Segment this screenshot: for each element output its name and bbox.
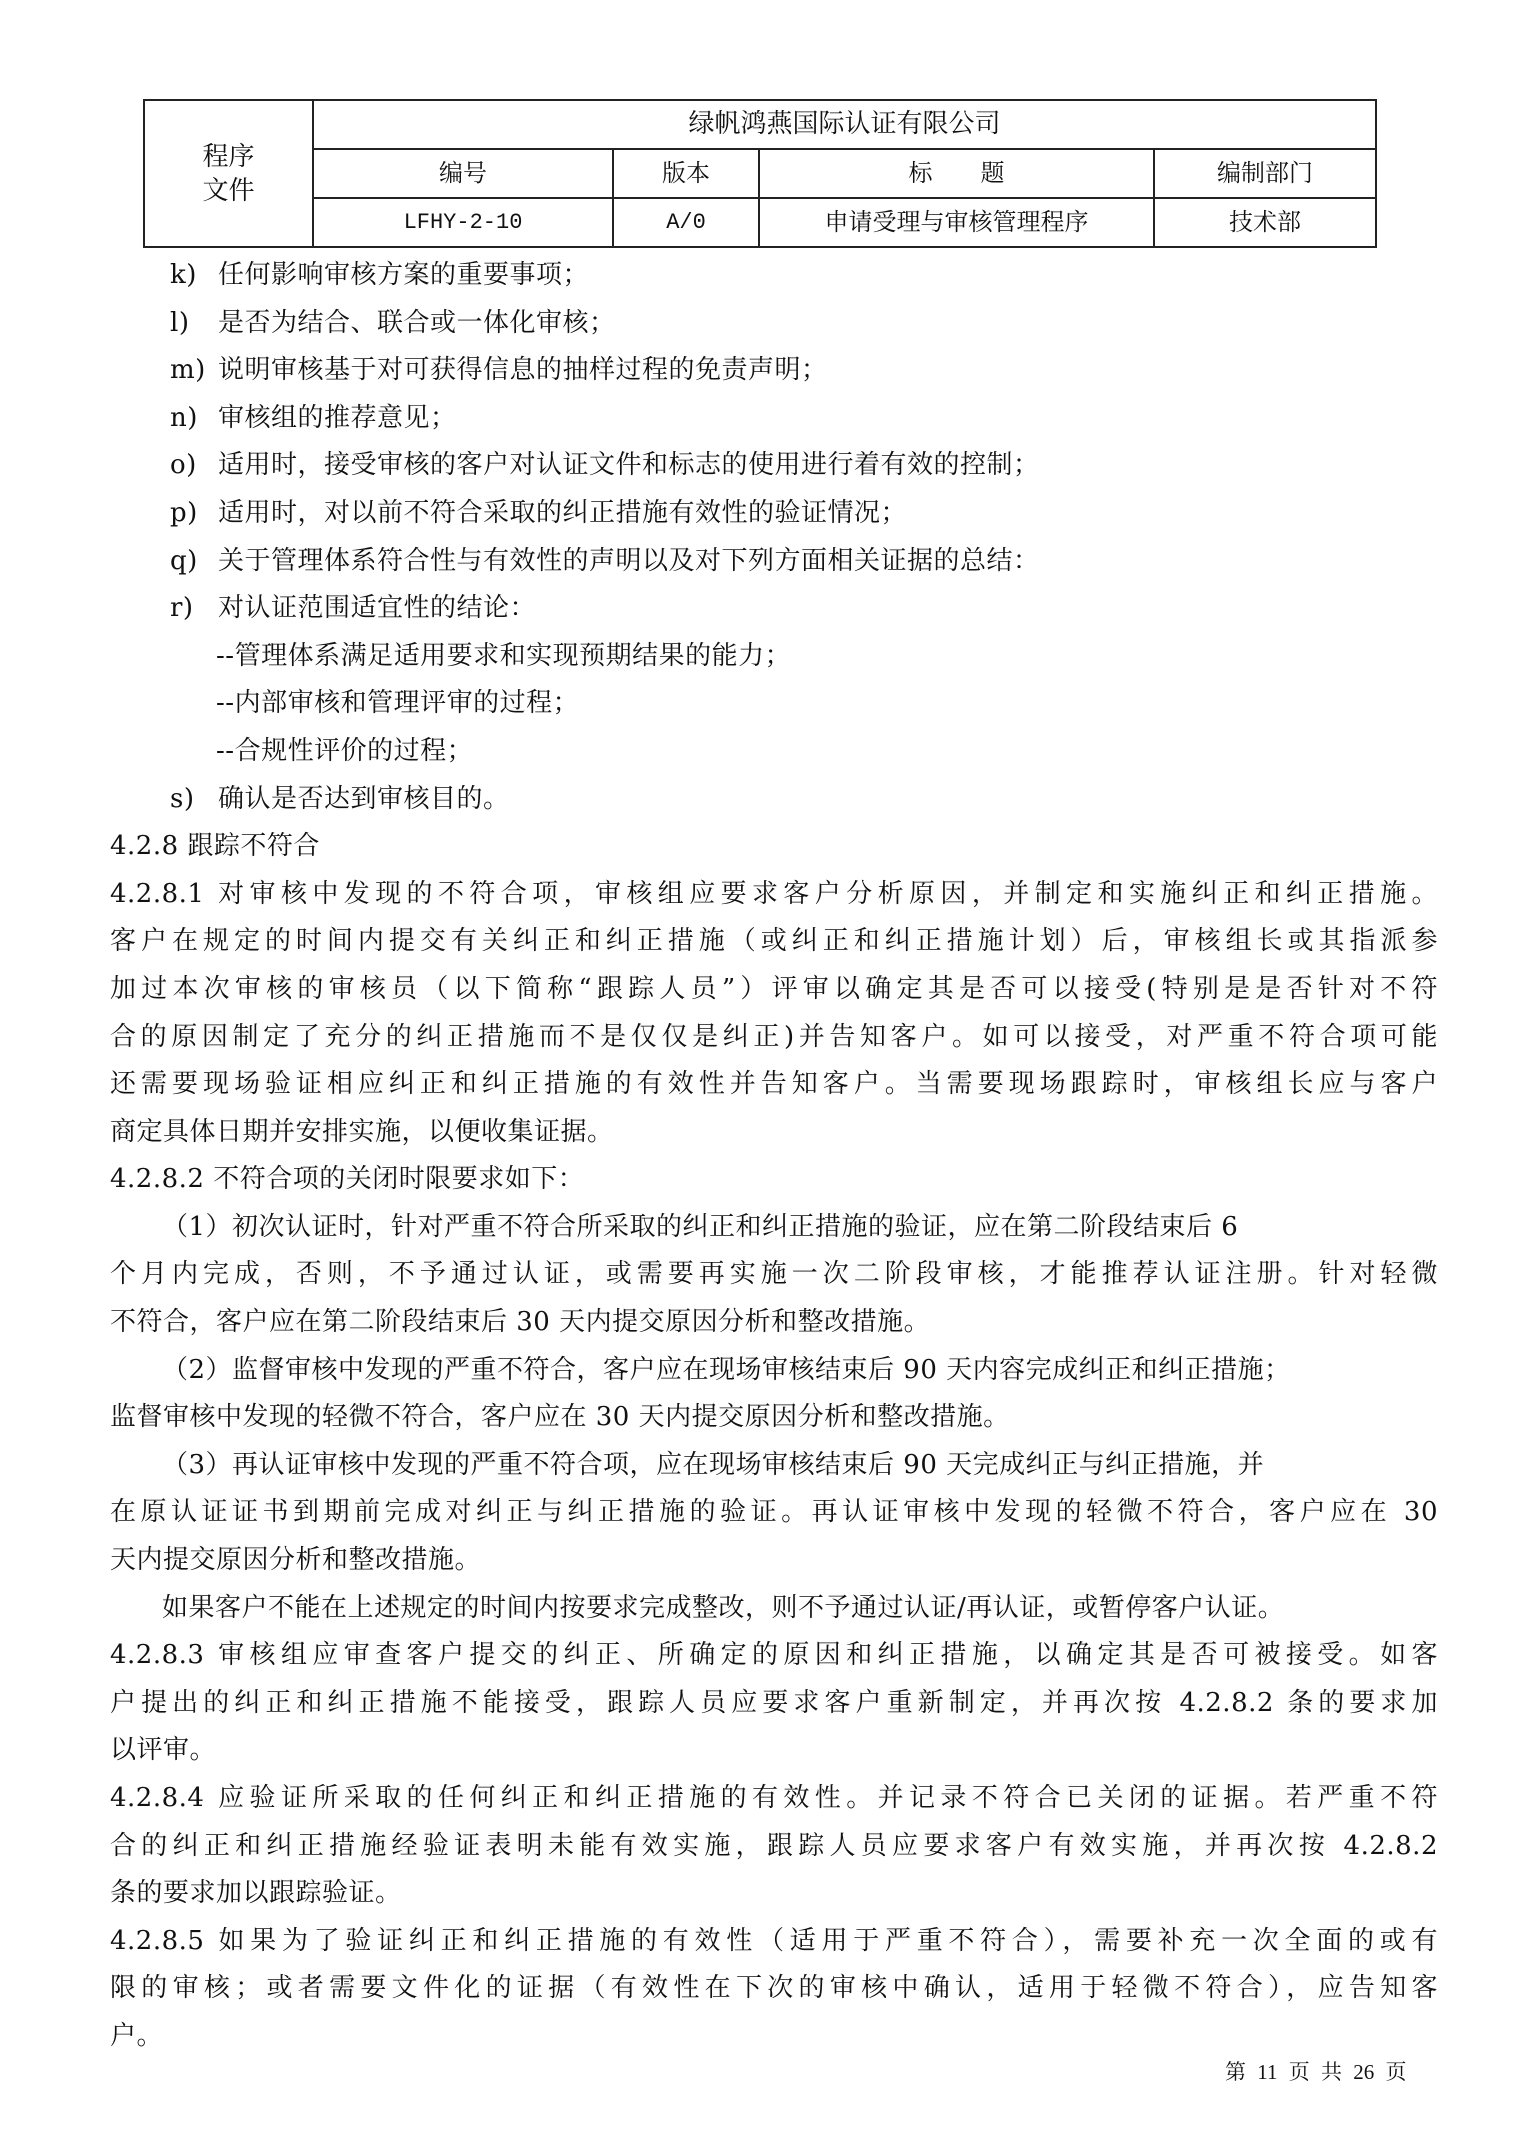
list-item: p)适用时，对以前不符合采取的纠正措施有效性的验证情况； bbox=[110, 490, 1438, 538]
list-item: m)说明审核基于对可获得信息的抽样过程的免责声明； bbox=[110, 347, 1438, 395]
document-header-table: 程序 文件 绿帆鸿燕国际认证有限公司 编号 版本 标 题 编制部门 LFHY-2… bbox=[143, 99, 1377, 248]
list-item: r)对认证范围适宜性的结论： bbox=[110, 585, 1438, 633]
paragraph-4-2-8-4: 4.2.8.4 应验证所采取的任何纠正和纠正措施的有效性。并记录不符合已关闭的证… bbox=[110, 1775, 1438, 1918]
doc-title: 申请受理与审核管理程序 bbox=[759, 198, 1154, 247]
col-header-version: 版本 bbox=[613, 149, 759, 198]
paragraph-4-2-8-2-note: 如果客户不能在上述规定的时间内按要求完成整改，则不予通过认证/再认证，或暂停客户… bbox=[110, 1585, 1438, 1633]
list-item: k)任何影响审核方案的重要事项； bbox=[110, 252, 1438, 300]
paragraph-4-2-8-2-item-3: （3）再认证审核中发现的严重不符合项，应在现场审核结束后 90 天完成纠正与纠正… bbox=[110, 1442, 1438, 1585]
sub-list-item: --内部审核和管理评审的过程； bbox=[110, 680, 1438, 728]
list-item: q)关于管理体系符合性与有效性的声明以及对下列方面相关证据的总结： bbox=[110, 538, 1438, 586]
document-page: 程序 文件 绿帆鸿燕国际认证有限公司 编号 版本 标 题 编制部门 LFHY-2… bbox=[0, 0, 1514, 2140]
company-name: 绿帆鸿燕国际认证有限公司 bbox=[313, 100, 1376, 149]
doc-department: 技术部 bbox=[1154, 198, 1376, 247]
sub-list-item: --管理体系满足适用要求和实现预期结果的能力； bbox=[110, 633, 1438, 681]
doc-type-line2: 文件 bbox=[145, 174, 312, 208]
sub-list-item: --合规性评价的过程； bbox=[110, 728, 1438, 776]
col-header-title: 标 题 bbox=[759, 149, 1154, 198]
paragraph-4-2-8-1: 4.2.8.1 对审核中发现的不符合项，审核组应要求客户分析原因，并制定和实施纠… bbox=[110, 871, 1438, 1157]
section-heading-4-2-8: 4.2.8 跟踪不符合 bbox=[110, 823, 1438, 871]
list-item: n)审核组的推荐意见； bbox=[110, 395, 1438, 443]
list-item: l)是否为结合、联合或一体化审核； bbox=[110, 300, 1438, 348]
doc-version: A/0 bbox=[613, 198, 759, 247]
paragraph-4-2-8-3: 4.2.8.3 审核组应审查客户提交的纠正、所确定的原因和纠正措施，以确定其是否… bbox=[110, 1632, 1438, 1775]
doc-type-cell: 程序 文件 bbox=[144, 100, 313, 247]
doc-type-line1: 程序 bbox=[145, 140, 312, 174]
page-number: 第 11 页 共 26 页 bbox=[1225, 2056, 1406, 2086]
col-header-department: 编制部门 bbox=[1154, 149, 1376, 198]
paragraph-4-2-8-2-item-1: （1）初次认证时，针对严重不符合所采取的纠正和纠正措施的验证，应在第二阶段结束后… bbox=[110, 1204, 1438, 1347]
paragraph-4-2-8-2-item-2: （2）监督审核中发现的严重不符合，客户应在现场审核结束后 90 天内容完成纠正和… bbox=[110, 1347, 1438, 1442]
paragraph-4-2-8-2-heading: 4.2.8.2 不符合项的关闭时限要求如下： bbox=[110, 1156, 1438, 1204]
doc-number: LFHY-2-10 bbox=[313, 198, 613, 247]
paragraph-4-2-8-5: 4.2.8.5 如果为了验证纠正和纠正措施的有效性（适用于严重不符合），需要补充… bbox=[110, 1918, 1438, 2061]
document-body: k)任何影响审核方案的重要事项； l)是否为结合、联合或一体化审核； m)说明审… bbox=[110, 252, 1438, 2061]
list-item: o)适用时，接受审核的客户对认证文件和标志的使用进行着有效的控制； bbox=[110, 442, 1438, 490]
col-header-number: 编号 bbox=[313, 149, 613, 198]
list-item: s)确认是否达到审核目的。 bbox=[110, 776, 1438, 824]
